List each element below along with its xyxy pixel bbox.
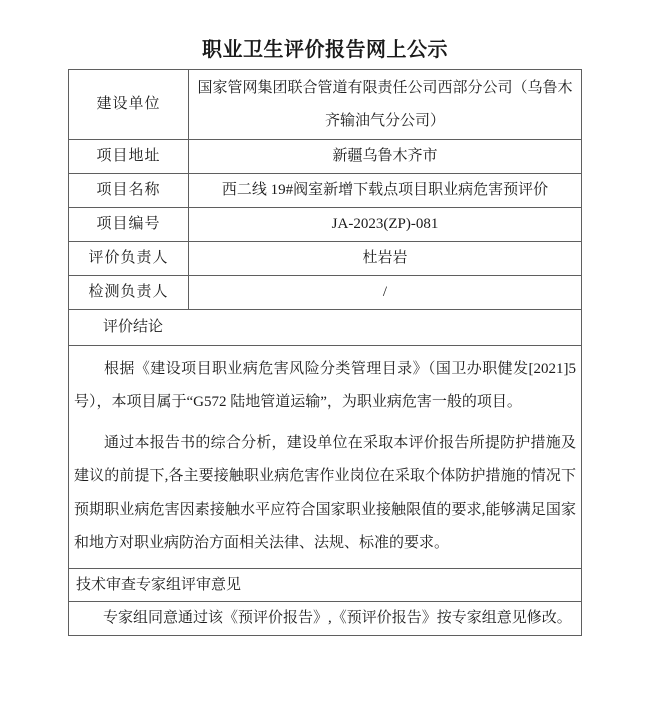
field-label-testing-leader: 检测负责人 (69, 276, 189, 310)
field-value-project-number: JA-2023(ZP)-081 (189, 208, 582, 242)
field-value-evaluation-leader: 杜岩岩 (189, 242, 582, 276)
table-row: 根据《建设项目职业病危害风险分类管理目录》（国卫办职健发[2021]5 号），本… (69, 346, 582, 569)
field-label-project-number: 项目编号 (69, 208, 189, 242)
conclusion-section-header: 评价结论 (69, 310, 582, 346)
table-row: 项目地址 新疆乌鲁木齐市 (69, 140, 582, 174)
table-row: 评价结论 (69, 310, 582, 346)
field-value-testing-leader: / (189, 276, 582, 310)
table-row: 专家组同意通过该《预评价报告》,《预评价报告》按专家组意见修改。 (69, 602, 582, 636)
field-label-project-name: 项目名称 (69, 174, 189, 208)
page-title: 职业卫生评价报告网上公示 (0, 0, 650, 69)
field-label-evaluation-leader: 评价负责人 (69, 242, 189, 276)
table-row: 技术审查专家组评审意见 (69, 568, 582, 602)
review-section-header: 技术审查专家组评审意见 (69, 568, 582, 602)
conclusion-text-cell: 根据《建设项目职业病危害风险分类管理目录》（国卫办职健发[2021]5 号），本… (69, 346, 582, 569)
table-row: 检测负责人 / (69, 276, 582, 310)
table-row: 项目名称 西二线 19#阀室新增下载点项目职业病危害预评价 (69, 174, 582, 208)
table-row: 评价负责人 杜岩岩 (69, 242, 582, 276)
review-opinion-text: 专家组同意通过该《预评价报告》,《预评价报告》按专家组意见修改。 (69, 602, 582, 636)
table-row: 建设单位 国家管网集团联合管道有限责任公司西部分公司（乌鲁木齐输油气分公司） (69, 70, 582, 140)
conclusion-paragraph-1: 根据《建设项目职业病危害风险分类管理目录》（国卫办职健发[2021]5 号），本… (74, 353, 576, 420)
conclusion-paragraph-2: 通过本报告书的综合分析，建设单位在采取本评价报告所提防护措施及建议的前提下,各主… (74, 427, 576, 561)
field-value-project-address: 新疆乌鲁木齐市 (189, 140, 582, 174)
table-row: 项目编号 JA-2023(ZP)-081 (69, 208, 582, 242)
field-label-construction-unit: 建设单位 (69, 70, 189, 140)
field-label-project-address: 项目地址 (69, 140, 189, 174)
field-value-construction-unit: 国家管网集团联合管道有限责任公司西部分公司（乌鲁木齐输油气分公司） (189, 70, 582, 140)
field-value-project-name: 西二线 19#阀室新增下载点项目职业病危害预评价 (189, 174, 582, 208)
document-page: 职业卫生评价报告网上公示 建设单位 国家管网集团联合管道有限责任公司西部分公司（… (0, 0, 650, 708)
notice-table: 建设单位 国家管网集团联合管道有限责任公司西部分公司（乌鲁木齐输油气分公司） 项… (68, 69, 582, 636)
